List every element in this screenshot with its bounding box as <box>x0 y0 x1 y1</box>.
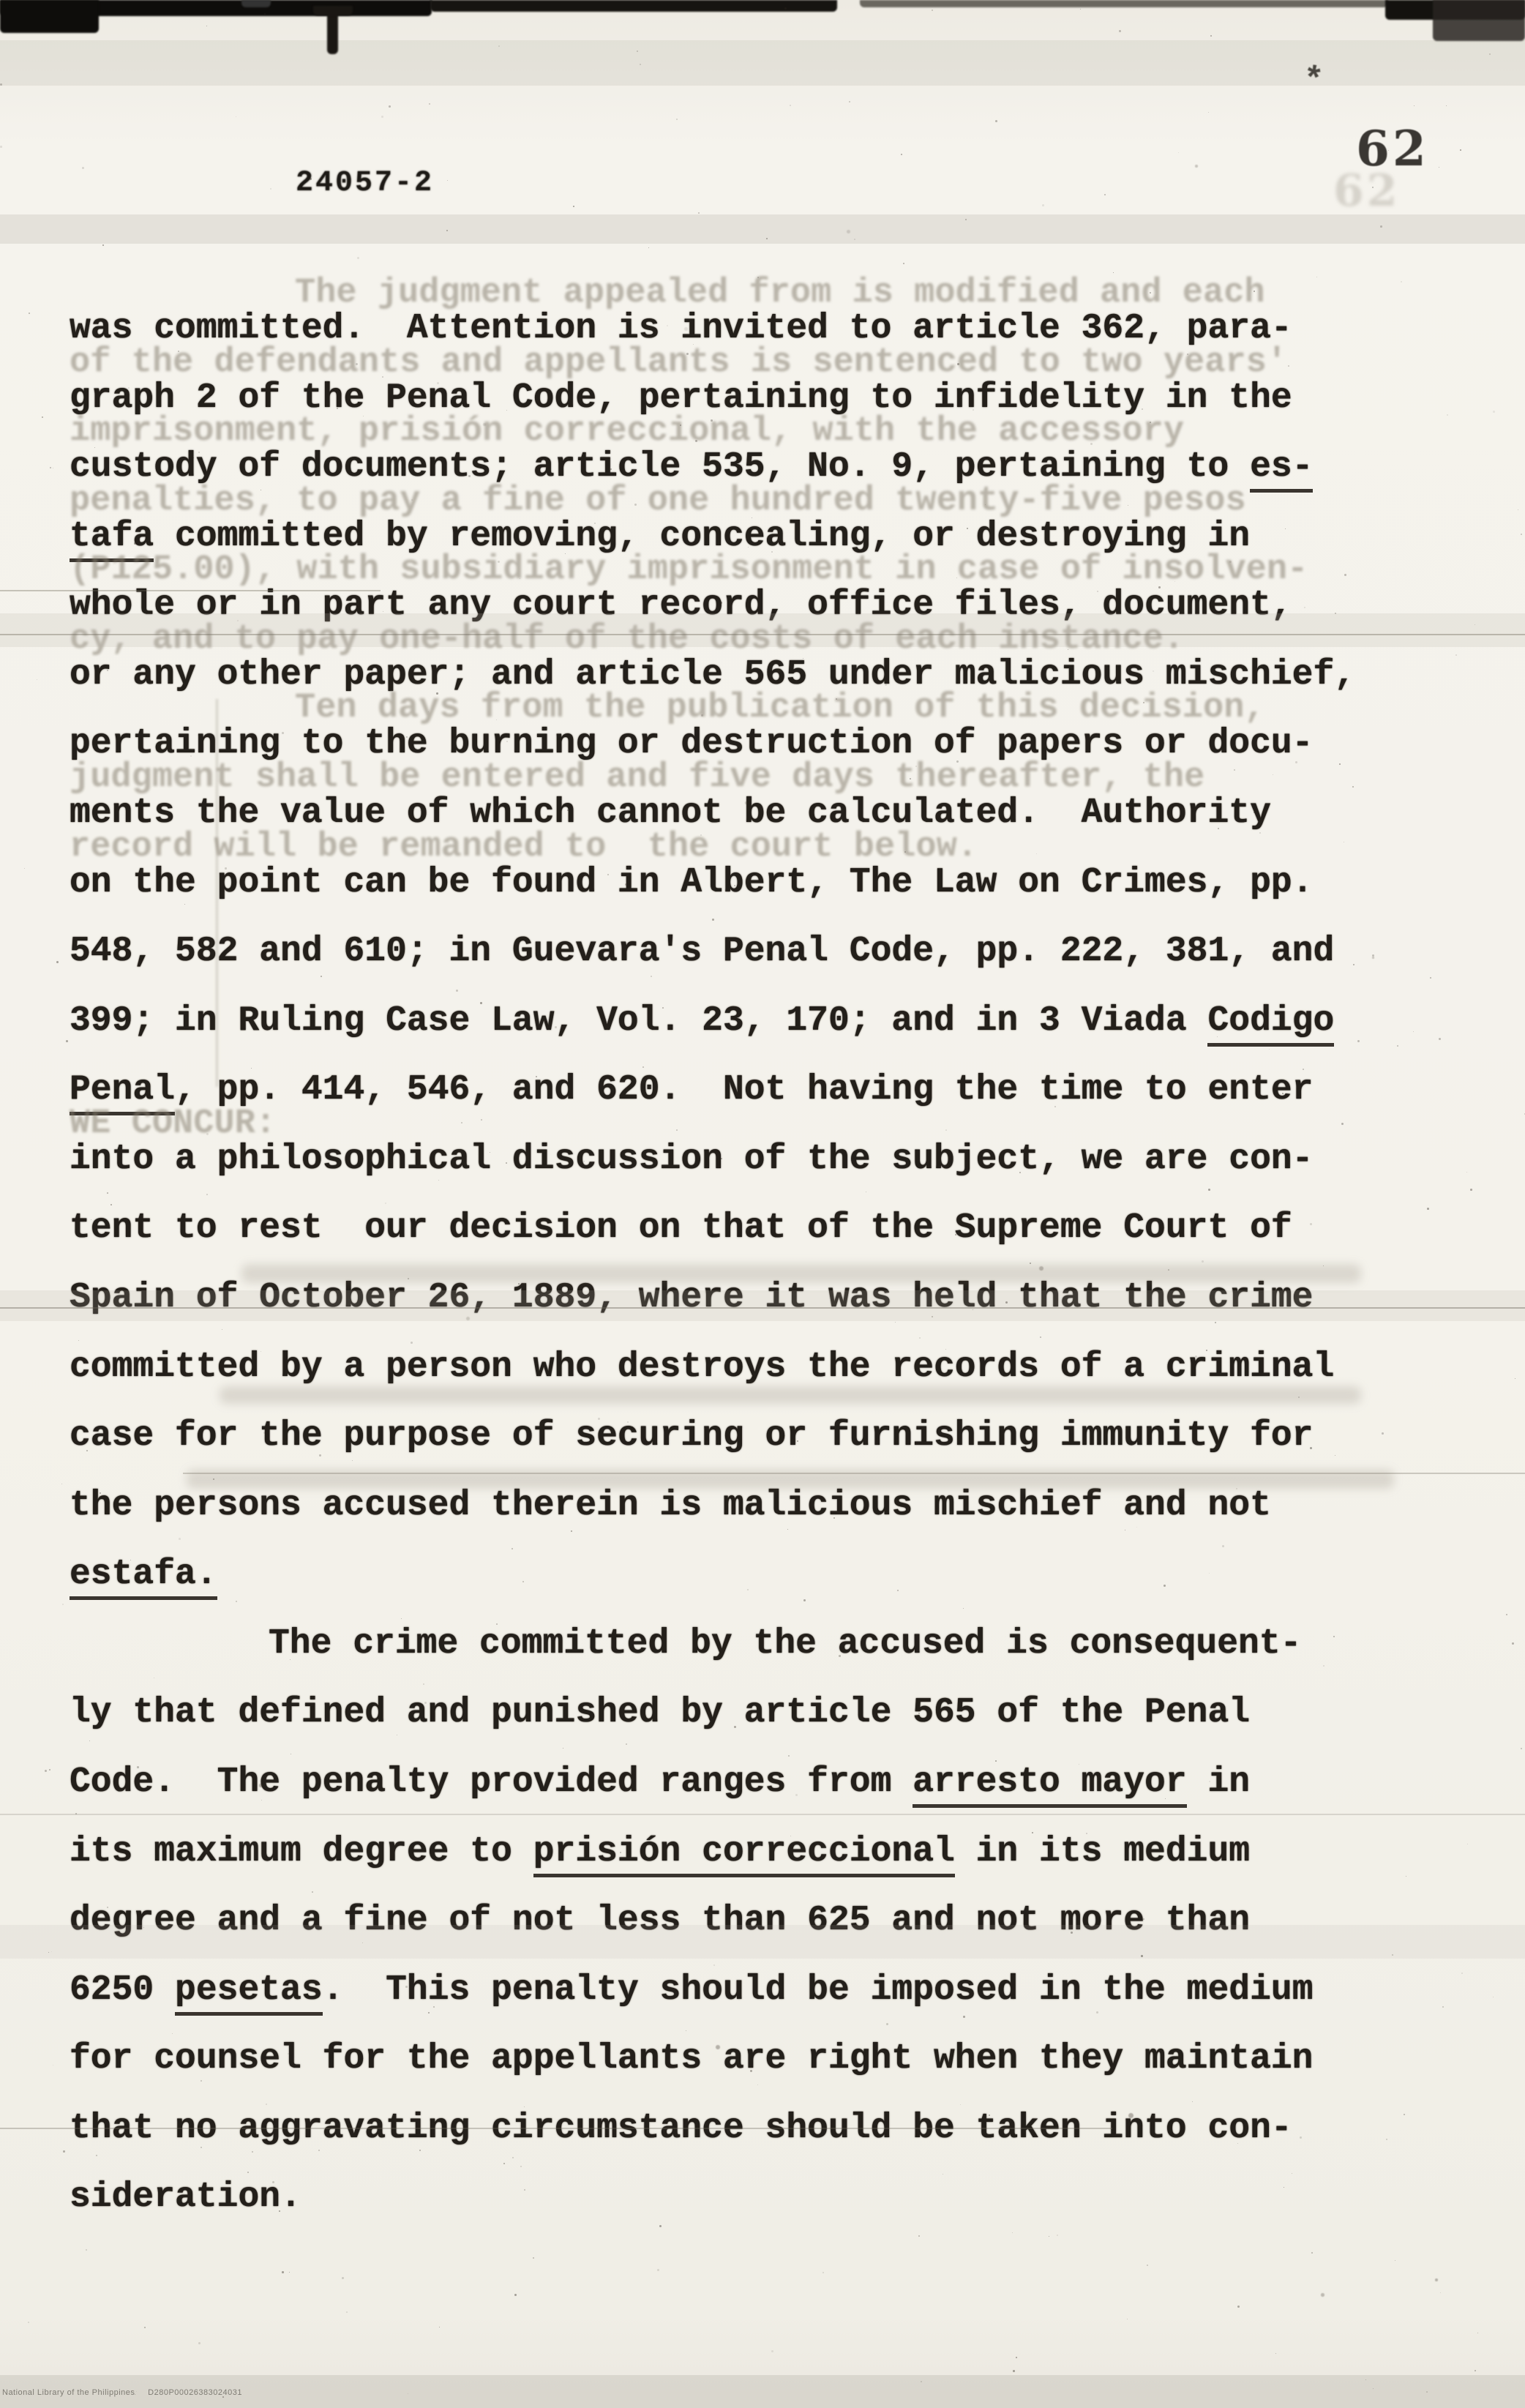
typed-line: whole or in part any court record, offic… <box>70 586 1292 624</box>
paper-speck <box>389 105 391 108</box>
paper-speck <box>1323 1665 1324 1667</box>
underlined-term: prisión correccional <box>533 1832 955 1877</box>
paper-speck <box>1119 30 1121 32</box>
paper-speck <box>102 244 104 246</box>
typed-text: Code. The penalty provided ranges from <box>70 1762 913 1802</box>
paper-speck <box>66 1040 68 1042</box>
paper-speck <box>1512 1642 1514 1645</box>
paper-speck <box>757 2084 758 2085</box>
paper-speck <box>1455 654 1457 656</box>
paper-speck <box>524 2106 525 2107</box>
paper-speck <box>385 1203 386 1204</box>
paper-speck <box>429 103 430 105</box>
paper-speck <box>1192 2101 1193 2102</box>
paper-speck <box>1335 613 1336 614</box>
paper-speck <box>1136 1527 1137 1528</box>
paper-speck <box>1439 1038 1441 1040</box>
paper-speck <box>854 239 855 240</box>
paper-speck <box>901 154 902 155</box>
scan-footer-label: National Library of the Philippines D280… <box>2 2388 242 2397</box>
paper-speck <box>381 116 383 118</box>
paper-speck <box>943 2174 943 2175</box>
paper-speck <box>1310 1223 1312 1225</box>
paper-speck <box>423 1683 424 1685</box>
paper-speck <box>1042 204 1044 206</box>
top-edge-ink <box>430 0 837 12</box>
paper-speck <box>698 212 700 214</box>
scanline-artifact <box>183 1473 1525 1474</box>
paper-speck <box>352 1460 353 1461</box>
typed-text: 6250 <box>70 1970 175 2010</box>
paper-speck <box>206 1194 208 1195</box>
typed-text: . This penalty should be imposed in the … <box>323 1970 1314 2010</box>
paper-speck <box>1210 35 1212 37</box>
paper-speck <box>1397 1045 1398 1047</box>
paper-speck <box>713 1964 715 1966</box>
paper-speck <box>179 1538 181 1540</box>
paper-speck <box>648 247 649 248</box>
paper-speck <box>1311 2252 1313 2254</box>
typed-line: case for the purpose of securing or furn… <box>70 1417 1313 1455</box>
paper-speck <box>251 1068 252 1069</box>
typed-text: ments the value of which cannot be calcu… <box>70 793 1271 833</box>
paper-fleck <box>1039 1266 1043 1271</box>
paper-speck <box>1208 1189 1210 1191</box>
asterisk-mark-icon: * <box>1300 60 1326 100</box>
paper-speck <box>362 1943 363 1943</box>
paper-speck <box>1493 1997 1494 1997</box>
paper-speck <box>1040 1336 1041 1338</box>
typed-line: for counsel for the appellants are right… <box>70 2040 1313 2078</box>
paper-speck <box>960 2104 961 2105</box>
typed-text: Spain of October 26, 1889, where it was … <box>70 1278 1313 1317</box>
paper-speck <box>63 2150 65 2153</box>
typed-line: sideration. <box>70 2178 301 2216</box>
paper-speck <box>965 219 967 220</box>
paper-speck <box>963 1608 964 1609</box>
paper-speck <box>86 2249 87 2251</box>
paper-speck <box>512 2157 514 2158</box>
paper-speck <box>1209 1573 1210 1574</box>
paper-speck <box>1440 2292 1441 2293</box>
typed-line: ly that defined and punished by article … <box>70 1694 1250 1732</box>
paper-speck <box>918 2235 920 2237</box>
paper-speck <box>1518 509 1518 510</box>
paper-speck <box>1323 1265 1324 1266</box>
paper-speck <box>686 2030 686 2031</box>
paper-speck <box>447 180 448 181</box>
typed-text: committed by a person who destroys the r… <box>70 1347 1334 1387</box>
paper-speck <box>1413 1031 1414 1032</box>
paper-speck <box>520 2166 522 2167</box>
paper-speck <box>897 1590 899 1591</box>
paper-speck <box>657 2269 659 2271</box>
top-edge-ink <box>0 0 432 16</box>
paper-speck <box>1414 105 1415 106</box>
paper-speck <box>1030 1263 1031 1264</box>
paper-speck <box>289 2272 290 2273</box>
paper-speck <box>1125 1530 1125 1530</box>
paper-speck <box>419 2150 421 2151</box>
paper-speck <box>1521 534 1522 535</box>
paper-speck <box>849 101 850 102</box>
paper-speck <box>154 1678 154 1678</box>
paper-speck <box>82 167 84 169</box>
paper-speck <box>1168 1269 1169 1271</box>
paper-speck <box>236 1601 237 1602</box>
paper-speck <box>1466 1172 1467 1173</box>
paper-speck <box>1475 2370 1476 2371</box>
paper-fleck <box>1321 2293 1324 2297</box>
paper-speck <box>1344 842 1344 842</box>
paper-speck <box>481 1119 482 1121</box>
typed-text: degree and a fine of not less than 625 a… <box>70 1901 1250 1940</box>
paper-speck <box>408 2393 408 2394</box>
typed-text: its maximum degree to <box>70 1832 533 1872</box>
paper-speck <box>461 1122 462 1123</box>
paper-speck <box>357 257 359 259</box>
paper-speck <box>788 1755 790 1757</box>
typed-line: Spain of October 26, 1889, where it was … <box>70 1279 1313 1317</box>
paper-speck <box>1344 574 1346 576</box>
paper-speck <box>1012 2232 1013 2233</box>
ghost-bleedthrough-line: The judgment appealed from is modified a… <box>295 274 1265 313</box>
paper-speck <box>1016 2357 1017 2358</box>
paper-speck <box>642 1066 644 1068</box>
paper-speck <box>1439 167 1439 168</box>
paper-speck <box>886 2023 888 2025</box>
paper-speck <box>1493 411 1495 413</box>
ghost-bleedthrough-line: of the defendants and appellants is sent… <box>70 344 1287 382</box>
paper-speck <box>342 2277 344 2279</box>
paper-speck <box>144 2327 146 2328</box>
ghost-bleedthrough-line: record will be remanded to the court bel… <box>70 829 978 867</box>
paper-speck <box>397 1735 397 1735</box>
paper-speck <box>318 2150 320 2151</box>
paper-speck <box>50 467 51 468</box>
paper-speck <box>1237 2306 1240 2308</box>
ghost-bleedthrough-line: imprisonment, prisión correccional, with… <box>70 413 1184 451</box>
paper-speck <box>1096 2011 1098 2013</box>
paper-speck <box>61 1484 62 1484</box>
paper-speck <box>1382 1432 1384 1435</box>
paper-speck <box>24 868 25 869</box>
paper-speck <box>1292 2173 1292 2174</box>
top-edge-ink <box>327 7 338 54</box>
paper-speck <box>1104 194 1106 195</box>
typed-line: committed by a person who destroys the r… <box>70 1348 1334 1386</box>
paper-speck <box>78 1340 79 1341</box>
paper-speck <box>1489 53 1491 55</box>
paper-speck <box>266 2104 267 2105</box>
exposure-band <box>0 214 1525 244</box>
ghost-bleedthrough-line: judgment shall be entered and five days … <box>70 759 1204 797</box>
typed-text: the persons accused therein is malicious… <box>70 1486 1271 1525</box>
paper-speck <box>1316 277 1317 277</box>
paper-speck <box>640 64 641 65</box>
paper-speck <box>1234 769 1235 771</box>
paper-speck <box>53 2065 53 2065</box>
typed-line: Penal, pp. 414, 546, and 620. Not having… <box>70 1071 1313 1109</box>
paper-speck <box>1430 977 1431 979</box>
paper-speck <box>1208 112 1209 113</box>
scanline-artifact <box>0 1814 1525 1815</box>
paper-speck <box>803 1599 806 1601</box>
paper-speck <box>1036 853 1037 854</box>
paper-speck <box>747 1589 749 1590</box>
paper-speck <box>438 1180 439 1181</box>
top-edge-ink <box>241 0 271 7</box>
paper-speck <box>659 2225 662 2227</box>
typed-text: The crime committed by the accused is co… <box>269 1624 1301 1664</box>
paper-speck <box>222 1329 222 1330</box>
paper-speck <box>346 2311 348 2313</box>
paper-speck <box>503 2163 505 2164</box>
paper-speck <box>1392 1954 1393 1956</box>
typed-text: in its medium <box>955 1832 1250 1872</box>
paper-speck <box>1380 225 1382 228</box>
paper-speck <box>995 1760 997 1762</box>
underlined-term: arresto mayor <box>913 1762 1186 1808</box>
typed-text: custody of documents; article 535, No. 9… <box>70 447 1250 487</box>
paper-speck <box>498 45 500 47</box>
paper-speck <box>1406 1876 1406 1877</box>
paper-speck <box>264 13 266 15</box>
typed-line: 548, 582 and 610; in Guevara's Penal Cod… <box>70 932 1334 971</box>
typed-line: its maximum degree to prisión correccion… <box>70 1833 1250 1871</box>
paper-speck <box>1080 9 1081 10</box>
top-edge-ink <box>0 0 99 33</box>
paper-speck <box>89 1740 90 1741</box>
paper-speck <box>963 2016 965 2018</box>
paper-speck <box>53 468 53 468</box>
typed-text: 548, 582 and 610; in Guevara's Penal Cod… <box>70 932 1334 971</box>
paper-speck <box>201 2080 202 2082</box>
paper-speck <box>282 2271 284 2273</box>
typed-line: that no aggravating circumstance should … <box>70 2109 1292 2147</box>
paper-speck <box>1333 1636 1335 1637</box>
paper-speck <box>1341 1123 1344 1125</box>
paper-speck <box>1365 2379 1366 2380</box>
typed-text: whole or in part any court record, offic… <box>70 586 1292 625</box>
scanned-document-page: 24057-2 62 62 * was committed. Attention… <box>0 0 1525 2408</box>
ghost-bleedthrough-line: cy, and to pay one-half of the costs of … <box>70 621 1184 659</box>
paper-speck <box>1285 528 1286 529</box>
paper-speck <box>524 2189 525 2191</box>
paper-speck <box>270 188 271 190</box>
paper-speck <box>1395 2260 1395 2261</box>
paper-speck <box>51 1951 52 1952</box>
typed-text: 399; in Ruling Case Law, Vol. 23, 170; a… <box>70 1001 1207 1041</box>
typed-line: estafa. <box>70 1555 217 1593</box>
paper-speck <box>1477 2333 1478 2333</box>
typed-text: ly that defined and punished by article … <box>70 1693 1250 1732</box>
paper-speck <box>1298 1396 1300 1398</box>
paper-speck <box>1506 1614 1507 1615</box>
paper-speck <box>37 679 37 680</box>
paper-speck <box>439 2327 440 2327</box>
top-edge-ink <box>313 6 353 15</box>
paper-speck <box>1275 2353 1276 2354</box>
underlined-term: pesetas <box>175 1970 323 2016</box>
paper-speck <box>787 1529 788 1530</box>
paper-speck <box>1475 624 1475 625</box>
typed-text: on the point can be found in Albert, The… <box>70 863 1313 902</box>
paper-speck <box>563 1748 563 1749</box>
typed-text: was committed. Attention is invited to a… <box>70 309 1292 348</box>
paper-speck <box>62 1604 64 1605</box>
paper-speck <box>184 904 185 905</box>
typed-text: , pp. 414, 546, and 620. Not having the … <box>175 1070 1313 1110</box>
paper-speck <box>637 51 638 52</box>
paper-speck <box>823 2272 824 2273</box>
paper-speck <box>48 1952 49 1953</box>
paper-speck <box>1288 365 1289 367</box>
typed-text: into a philosophical discussion of the s… <box>70 1140 1313 1179</box>
paper-speck <box>1222 1545 1224 1547</box>
paper-speck <box>866 1192 866 1192</box>
paper-speck <box>573 206 574 207</box>
paper-speck <box>514 2294 517 2296</box>
typed-line: ments the value of which cannot be calcu… <box>70 794 1271 832</box>
typed-line: custody of documents; article 535, No. 9… <box>70 448 1313 486</box>
paper-speck <box>107 1192 108 1194</box>
paper-speck <box>1202 1260 1204 1263</box>
typed-line: was committed. Attention is invited to a… <box>70 310 1292 348</box>
page-number: 62 <box>1356 120 1429 177</box>
paper-speck <box>198 2342 201 2344</box>
typed-line: The crime committed by the accused is co… <box>269 1625 1301 1663</box>
paper-speck <box>1141 1955 1143 1957</box>
typed-line: the persons accused therein is malicious… <box>70 1487 1271 1525</box>
paper-speck <box>456 990 458 992</box>
typed-text: sideration. <box>70 2177 301 2217</box>
paper-speck <box>512 1548 513 1549</box>
ghost-bleedthrough-line: WE CONCUR: <box>70 1105 276 1143</box>
paper-speck <box>1013 2370 1015 2372</box>
paper-speck <box>921 2381 922 2382</box>
paper-speck <box>1049 2236 1049 2237</box>
paper-speck <box>533 2257 534 2259</box>
typed-text: that no aggravating circumstance should … <box>70 2109 1292 2148</box>
top-edge-ink <box>860 0 1388 7</box>
paper-speck <box>0 83 2 86</box>
typed-text: for counsel for the appellants are right… <box>70 2039 1313 2079</box>
paper-speck <box>446 230 448 231</box>
paper-speck <box>571 1530 572 1532</box>
paper-speck <box>1427 1208 1429 1210</box>
paper-speck <box>96 2155 97 2156</box>
paper-speck <box>919 1337 921 1339</box>
paper-speck <box>1273 774 1273 775</box>
paper-speck <box>1339 763 1341 765</box>
paper-fleck <box>1195 165 1198 168</box>
paper-speck <box>321 976 322 977</box>
paper-speck <box>1426 2391 1428 2393</box>
paper-speck <box>522 1581 524 1582</box>
paper-speck <box>1357 1040 1360 1042</box>
paper-speck <box>49 1769 50 1771</box>
paper-speck <box>790 105 791 106</box>
paper-speck <box>1461 1973 1463 1974</box>
paper-speck <box>172 2033 173 2034</box>
paper-speck <box>771 2350 773 2352</box>
paper-speck <box>213 1478 214 1480</box>
paper-speck <box>995 120 997 122</box>
paper-speck <box>626 1743 627 1745</box>
paper-speck <box>1300 2136 1302 2139</box>
typed-line: into a philosophical discussion of the s… <box>70 1140 1313 1178</box>
paper-speck <box>932 10 933 11</box>
typed-text: tent to rest our decision on that of the… <box>70 1208 1292 1248</box>
paper-speck <box>1164 1585 1166 1587</box>
underlined-term: estafa. <box>70 1555 217 1600</box>
paper-speck <box>1353 964 1354 965</box>
paper-speck <box>766 238 768 239</box>
paper-speck <box>42 416 43 418</box>
paper-speck <box>784 7 787 10</box>
typed-text: case for the purpose of securing or furn… <box>70 1416 1313 1456</box>
paper-fleck <box>1372 957 1374 959</box>
paper-speck <box>312 1891 313 1893</box>
paper-speck <box>1447 414 1448 416</box>
paper-speck <box>1147 2265 1148 2266</box>
typed-line: pertaining to the burning or destruction… <box>70 725 1313 763</box>
paper-speck <box>291 1754 291 1754</box>
paper-speck <box>895 1322 896 1323</box>
paper-speck <box>1215 1322 1216 1323</box>
underlined-term: Codigo <box>1207 1001 1334 1047</box>
paper-speck <box>428 2012 430 2013</box>
paper-speck <box>247 2172 249 2173</box>
underlined-term: es- <box>1250 447 1313 493</box>
paper-speck <box>1460 149 1461 151</box>
typed-line: Code. The penalty provided ranges from a… <box>70 1763 1250 1801</box>
paper-speck <box>401 1618 402 1619</box>
typed-line: on the point can be found in Albert, The… <box>70 864 1313 902</box>
paper-speck <box>236 116 236 117</box>
paper-speck <box>1178 152 1179 153</box>
paper-speck <box>411 1342 413 1344</box>
paper-speck <box>56 961 59 963</box>
paper-speck <box>1057 2235 1058 2236</box>
paper-speck <box>29 313 30 314</box>
paper-speck <box>1304 607 1305 608</box>
paper-speck <box>945 1129 947 1131</box>
paper-speck <box>1284 2187 1284 2188</box>
paper-speck <box>903 263 904 264</box>
paper-speck <box>1470 1189 1472 1191</box>
typed-line: tent to rest our decision on that of the… <box>70 1209 1292 1247</box>
paper-speck <box>712 919 714 921</box>
paper-fleck <box>1435 2278 1438 2281</box>
paper-speck <box>1401 281 1402 283</box>
docket-number: 24057-2 <box>296 167 434 200</box>
paper-speck <box>1515 1378 1515 1379</box>
paper-speck <box>1446 105 1447 106</box>
paper-speck <box>1113 272 1114 273</box>
paper-speck <box>1442 2006 1444 2008</box>
typed-text: in <box>1187 1762 1250 1802</box>
paper-speck <box>110 1204 112 1205</box>
paper-speck <box>676 119 678 120</box>
paper-fleck <box>847 230 850 233</box>
top-edge-ink <box>1385 0 1525 20</box>
paper-speck <box>252 2151 253 2153</box>
typed-text: pertaining to the burning or destruction… <box>70 724 1313 763</box>
ghost-bleedthrough-line: penalties, to pay a fine of one hundred … <box>70 482 1246 520</box>
paper-speck <box>1372 954 1374 957</box>
